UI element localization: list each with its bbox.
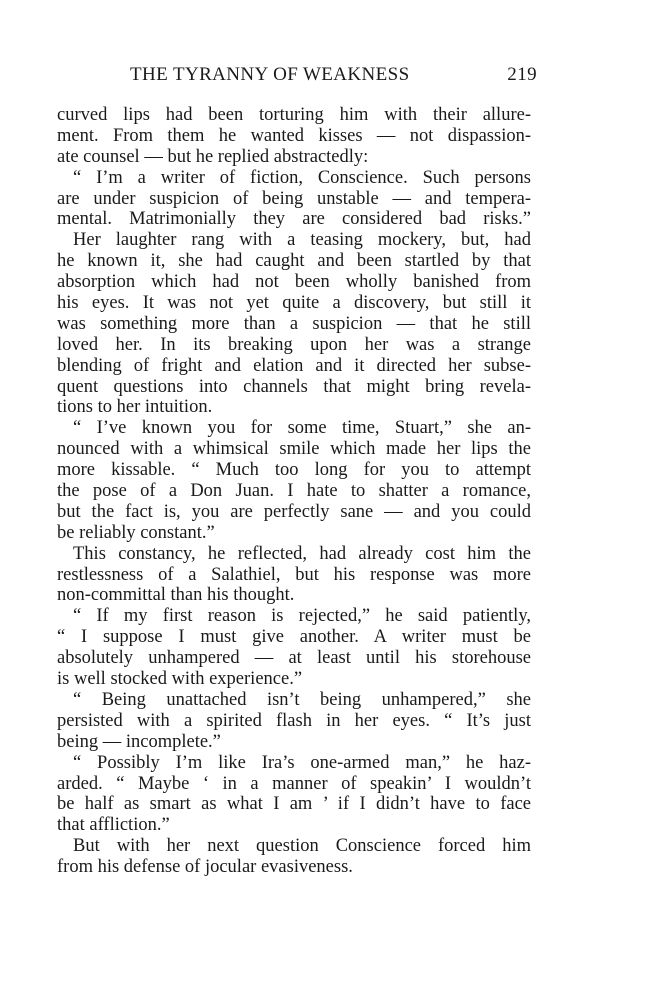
- page-number: 219: [507, 64, 537, 86]
- text-line: but the fact is, you are perfectly sane …: [57, 502, 531, 523]
- text-line: be half as smart as what I am ’ if I did…: [57, 794, 531, 815]
- text-line: be reliably constant.”: [57, 523, 531, 544]
- text-line: arded. “ Maybe ‘ in a manner of speakin’…: [57, 774, 531, 795]
- text-line: mental. Matrimonially they are considere…: [57, 209, 531, 230]
- text-line: absolutely unhampered — at least until h…: [57, 648, 531, 669]
- text-line: non-committal than his thought.: [57, 585, 531, 606]
- running-head: THE TYRANNY OF WEAKNESS 219: [130, 64, 537, 88]
- text-line: “ If my first reason is rejected,” he sa…: [57, 606, 531, 627]
- text-line: curved lips had been torturing him with …: [57, 105, 531, 126]
- text-line: quent questions into channels that might…: [57, 377, 531, 398]
- text-line: the pose of a Don Juan. I hate to shatte…: [57, 481, 531, 502]
- text-line: “ Possibly I’m like Ira’s one-armed man,…: [57, 753, 531, 774]
- text-line: are under suspicion of being unstable — …: [57, 189, 531, 210]
- text-line: “ I’ve known you for some time, Stuart,”…: [57, 418, 531, 439]
- text-line: This constancy, he reflected, had alread…: [57, 544, 531, 565]
- text-line: persisted with a spirited flash in her e…: [57, 711, 531, 732]
- text-line: restlessness of a Salathiel, but his res…: [57, 565, 531, 586]
- text-line: from his defense of jocular evasiveness.: [57, 857, 531, 878]
- text-line: ate counsel — but he replied abstractedl…: [57, 147, 531, 168]
- text-line: that affliction.”: [57, 815, 531, 836]
- text-line: absorption which had not been wholly ban…: [57, 272, 531, 293]
- text-line: “ I’m a writer of fiction, Conscience. S…: [57, 168, 531, 189]
- text-line: tions to her intuition.: [57, 397, 531, 418]
- text-line: Her laughter rang with a teasing mockery…: [57, 230, 531, 251]
- book-page: THE TYRANNY OF WEAKNESS 219 curved lips …: [0, 0, 664, 1000]
- text-line: blending of fright and elation and it di…: [57, 356, 531, 377]
- text-line: is well stocked with experience.”: [57, 669, 531, 690]
- running-title: THE TYRANNY OF WEAKNESS: [130, 64, 410, 86]
- text-line: he known it, she had caught and been sta…: [57, 251, 531, 272]
- text-line: loved her. In its breaking upon her was …: [57, 335, 531, 356]
- text-line: “ I suppose I must give another. A write…: [57, 627, 531, 648]
- text-line: nounced with a whimsical smile which mad…: [57, 439, 531, 460]
- text-line: his eyes. It was not yet quite a discove…: [57, 293, 531, 314]
- text-line: “ Being unattached isn’t being unhampere…: [57, 690, 531, 711]
- text-line: ment. From them he wanted kisses — not d…: [57, 126, 531, 147]
- text-line: But with her next question Conscience fo…: [57, 836, 531, 857]
- body-text: curved lips had been torturing him with …: [57, 105, 531, 878]
- text-line: was something more than a suspicion — th…: [57, 314, 531, 335]
- text-line: more kissable. “ Much too long for you t…: [57, 460, 531, 481]
- text-line: being — incomplete.”: [57, 732, 531, 753]
